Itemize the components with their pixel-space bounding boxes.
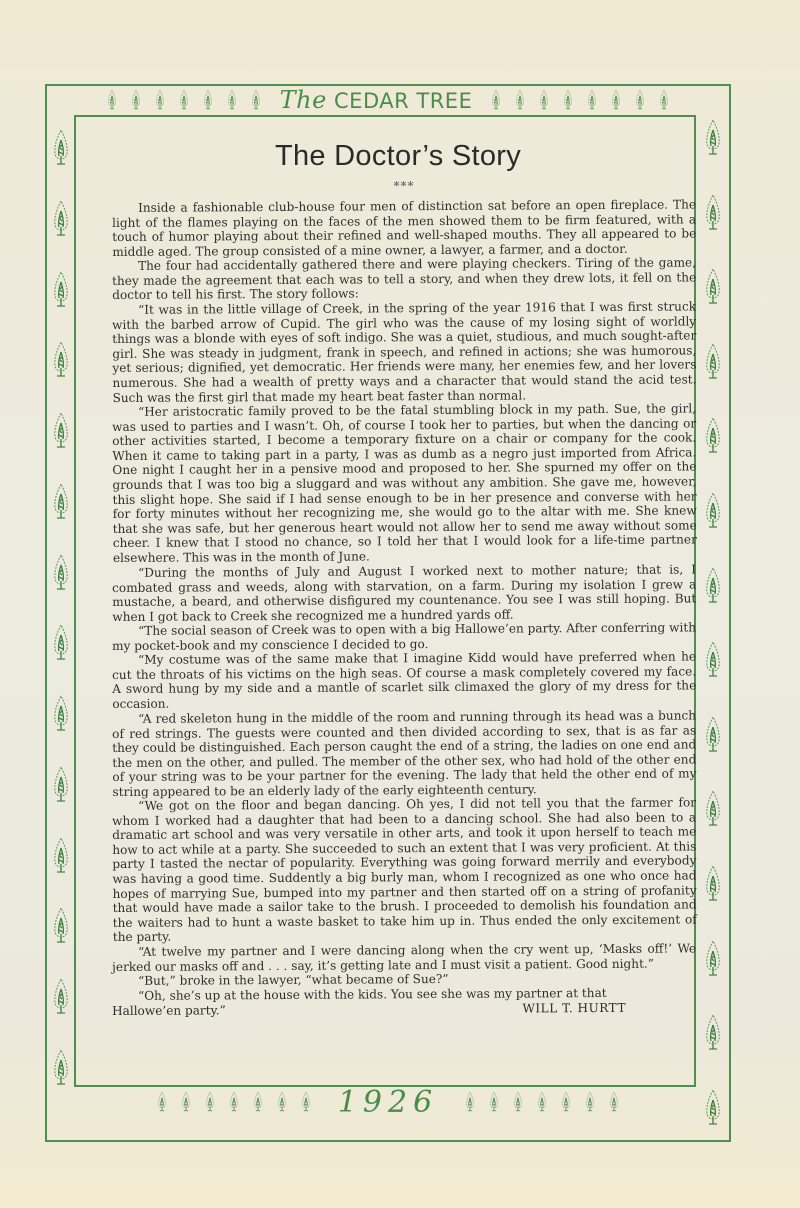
cedar-tree-icon <box>512 89 528 111</box>
cedar-tree-icon <box>584 89 600 111</box>
yearbook-title-main: CEDAR TREE <box>334 89 472 113</box>
yearbook-title-prefix: The <box>280 86 327 114</box>
cedar-tree-icon <box>50 623 72 663</box>
cedar-tree-icon <box>560 89 576 111</box>
footer-ornaments-left <box>154 1091 314 1113</box>
cedar-tree-icon <box>702 939 724 979</box>
article-paragraph: “We got on the floor and began dancing. … <box>112 796 697 946</box>
cedar-tree-icon <box>510 1091 526 1113</box>
cedar-tree-icon <box>50 411 72 451</box>
cedar-tree-icon <box>50 553 72 593</box>
article-paragraph: “At twelve my partner and I were dancing… <box>112 942 696 975</box>
cedar-tree-icon <box>176 89 192 111</box>
yearbook-title: The CEDAR TREE <box>280 86 473 114</box>
cedar-tree-icon <box>702 118 724 158</box>
cedar-tree-icon <box>104 89 120 111</box>
cedar-tree-icon <box>50 482 72 522</box>
header-band: The CEDAR TREE <box>47 86 729 114</box>
cedar-tree-icon <box>702 789 724 829</box>
article-paragraph: The four had accidentally gathered there… <box>112 256 696 303</box>
header-ornaments-left <box>104 89 264 111</box>
cedar-tree-icon <box>702 566 724 606</box>
last-line: Hallowe’en party.” <box>112 1003 226 1018</box>
cedar-tree-icon <box>534 1091 550 1113</box>
cedar-tree-icon <box>50 270 72 310</box>
header-ornaments-right <box>488 89 672 111</box>
cedar-tree-icon <box>536 89 552 111</box>
cedar-tree-icon <box>50 906 72 946</box>
cedar-tree-icon <box>50 765 72 805</box>
cedar-tree-icon <box>632 89 648 111</box>
yearbook-year: 1926 <box>338 1085 438 1120</box>
article-paragraph: “The social season of Creek was to open … <box>112 621 696 654</box>
cedar-tree-icon <box>606 1091 622 1113</box>
cedar-tree-icon <box>702 193 724 233</box>
article-paragraph: “During the months of July and August I … <box>112 562 696 624</box>
cedar-tree-icon <box>462 1091 478 1113</box>
cedar-tree-icon <box>702 640 724 680</box>
article-paragraph: “It was in the little village of Creek, … <box>112 300 697 406</box>
cedar-tree-icon <box>298 1091 314 1113</box>
cedar-tree-icon <box>702 1013 724 1053</box>
cedar-tree-icon <box>702 491 724 531</box>
cedar-tree-icon <box>50 977 72 1017</box>
cedar-tree-icon <box>50 1048 72 1088</box>
cedar-tree-icon <box>558 1091 574 1113</box>
cedar-tree-icon <box>178 1091 194 1113</box>
cedar-tree-icon <box>248 89 264 111</box>
cedar-tree-icon <box>250 1091 266 1113</box>
footer-ornaments-right <box>462 1091 622 1113</box>
cedar-tree-icon <box>702 267 724 307</box>
article-paragraph: “A red skeleton hung in the middle of th… <box>112 708 697 799</box>
author-signature: WILL T. HURTT <box>522 1001 626 1016</box>
cedar-tree-icon <box>702 1088 724 1128</box>
left-tree-column <box>48 128 74 1088</box>
cedar-tree-icon <box>486 1091 502 1113</box>
cedar-tree-icon <box>608 89 624 111</box>
cedar-tree-icon <box>50 199 72 239</box>
cedar-tree-icon <box>702 864 724 904</box>
cedar-tree-icon <box>226 1091 242 1113</box>
cedar-tree-icon <box>200 89 216 111</box>
cedar-tree-icon <box>702 416 724 456</box>
cedar-tree-icon <box>154 1091 170 1113</box>
cedar-tree-icon <box>50 340 72 380</box>
cedar-tree-icon <box>50 128 72 168</box>
cedar-tree-icon <box>656 89 672 111</box>
title-separator: *** <box>112 179 696 193</box>
article-title: The Doctor’s Story <box>106 140 690 173</box>
article: The Doctor’s Story *** Inside a fashiona… <box>112 140 696 1018</box>
closing-line: Hallowe’en party.” WILL T. HURTT <box>112 1000 696 1018</box>
cedar-tree-icon <box>128 89 144 111</box>
cedar-tree-icon <box>202 1091 218 1113</box>
article-body: Inside a fashionable club-house four men… <box>112 201 696 1004</box>
right-tree-column <box>700 118 726 1128</box>
article-paragraph: “My costume was of the same make that I … <box>112 650 696 712</box>
article-paragraph: Inside a fashionable club-house four men… <box>112 197 696 259</box>
cedar-tree-icon <box>50 694 72 734</box>
cedar-tree-icon <box>702 342 724 382</box>
cedar-tree-icon <box>702 715 724 755</box>
cedar-tree-icon <box>50 836 72 876</box>
cedar-tree-icon <box>488 89 504 111</box>
article-paragraph: “Her aristocratic family proved to be th… <box>112 402 697 566</box>
cedar-tree-icon <box>224 89 240 111</box>
cedar-tree-icon <box>274 1091 290 1113</box>
cedar-tree-icon <box>582 1091 598 1113</box>
footer-band: 1926 <box>47 1088 729 1116</box>
cedar-tree-icon <box>152 89 168 111</box>
